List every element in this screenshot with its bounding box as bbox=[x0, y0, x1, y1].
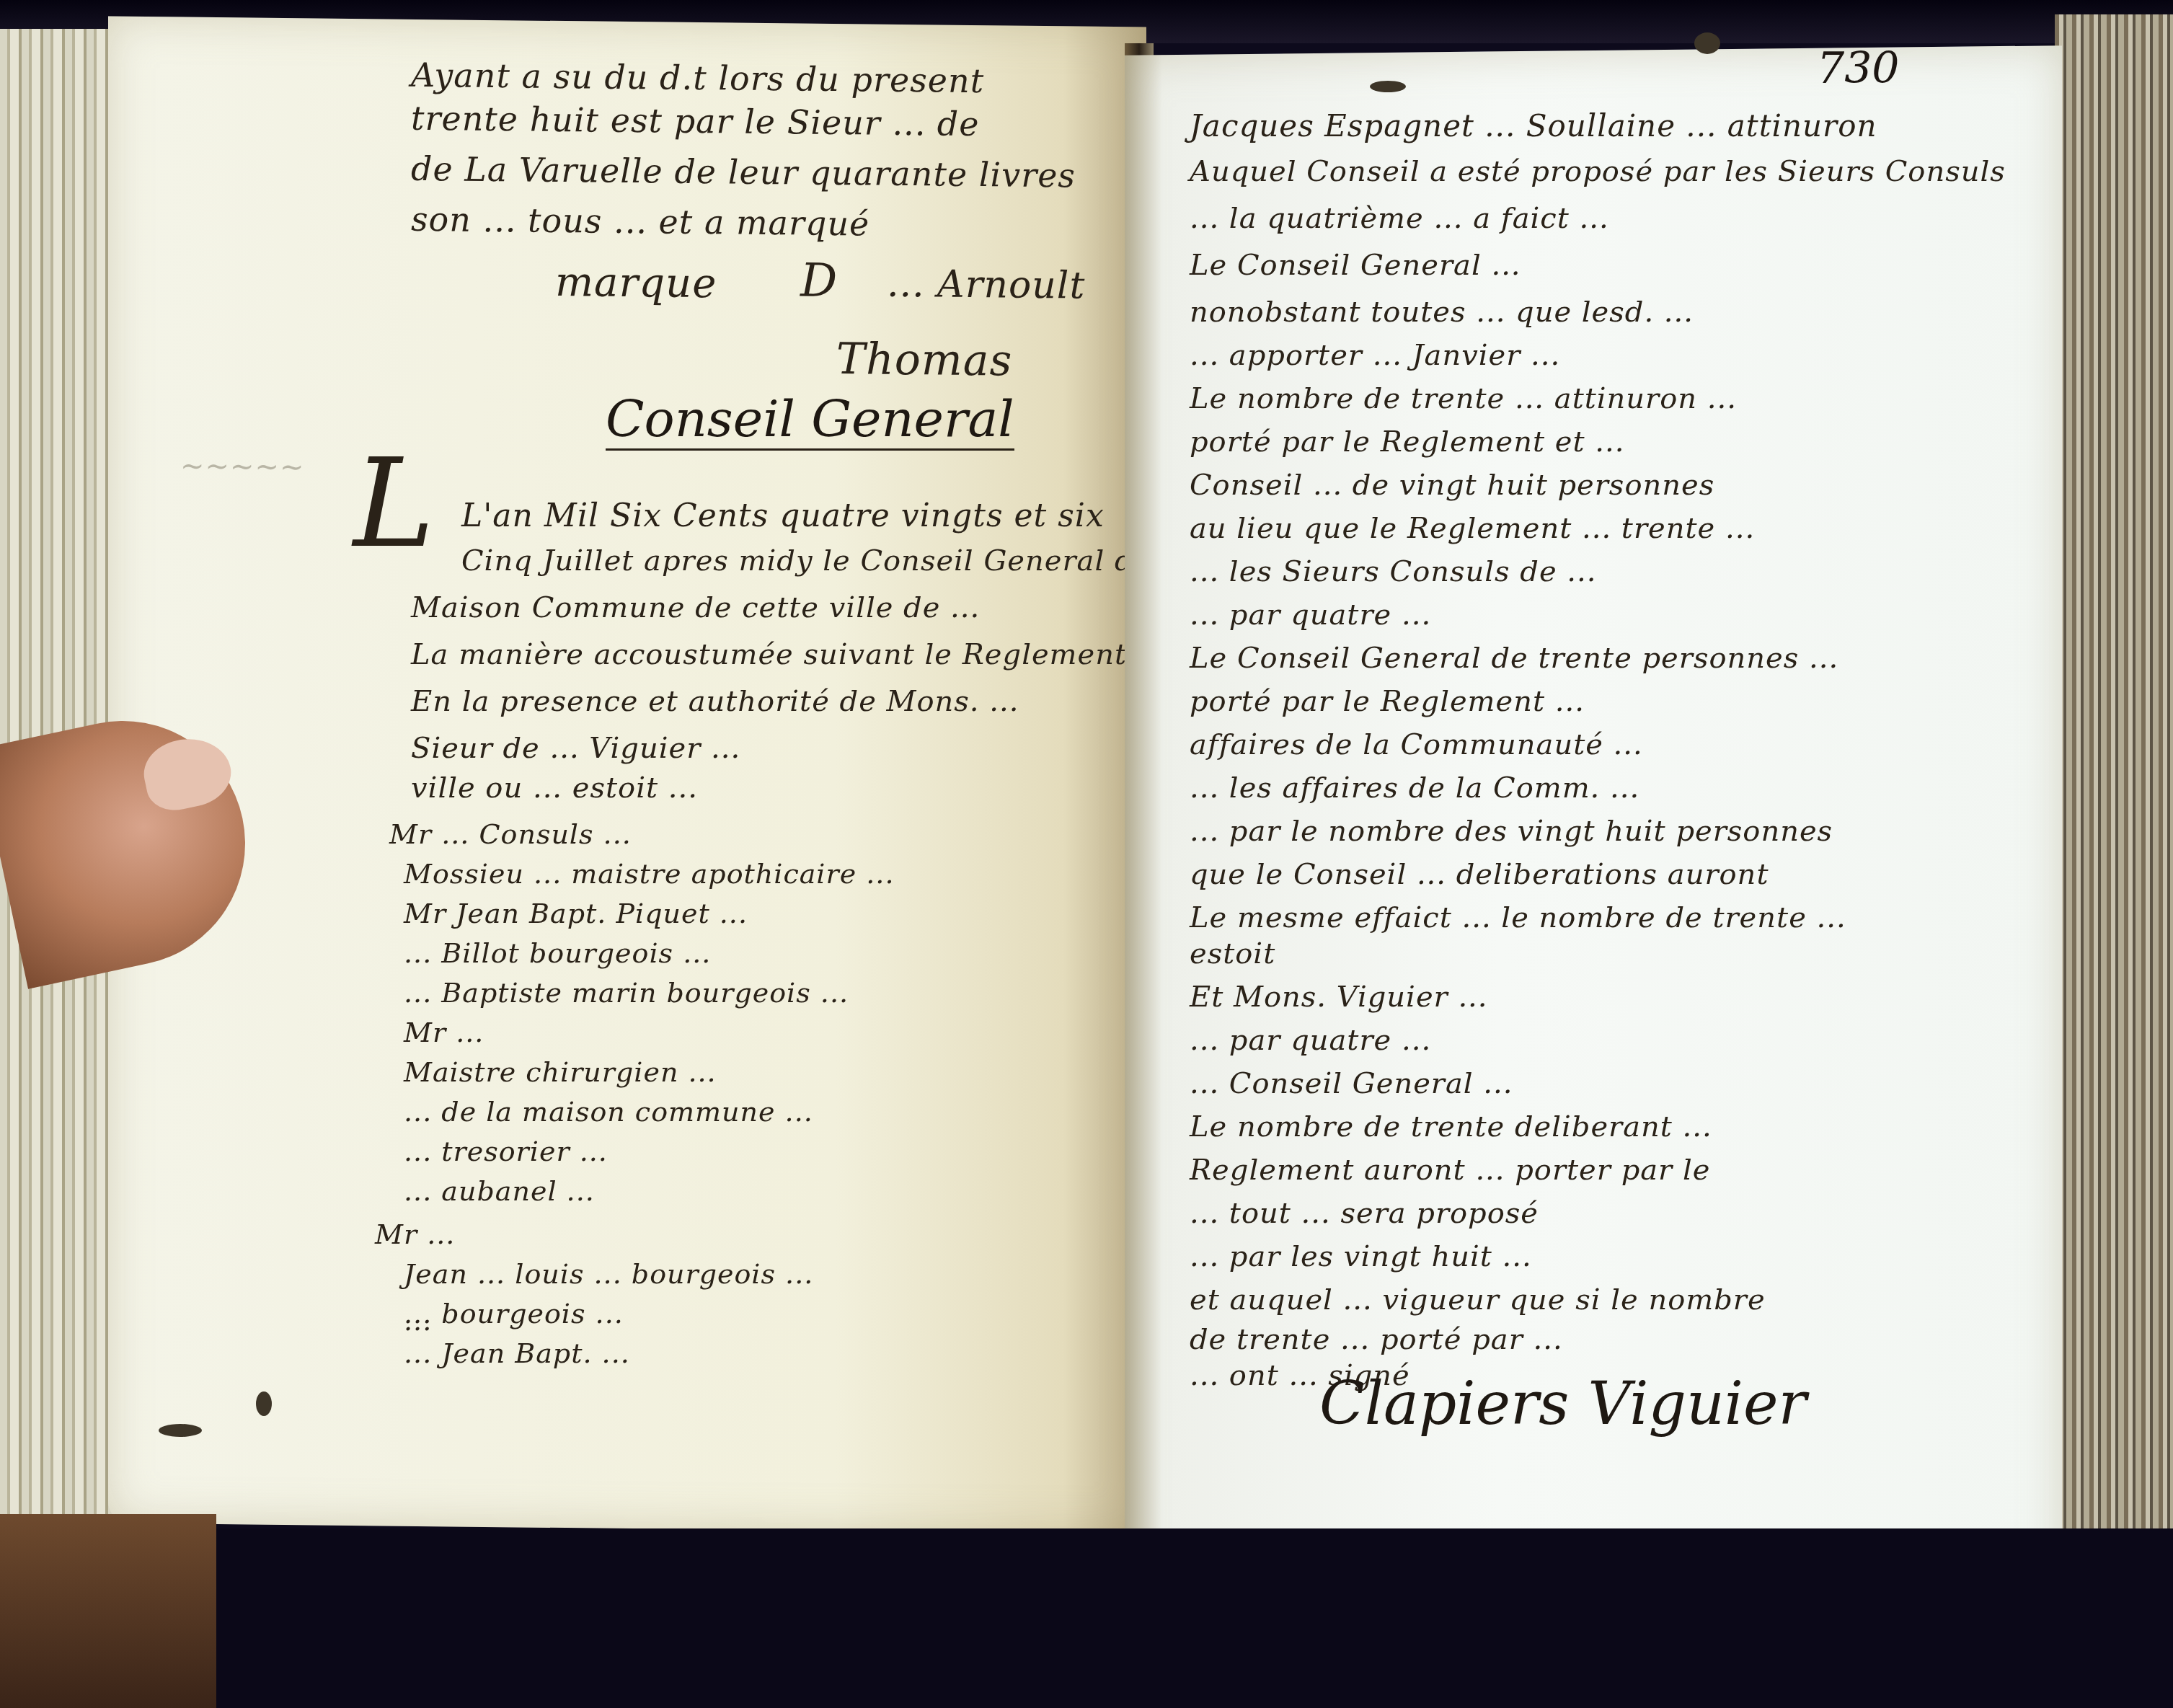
left-body-line: Cinq Juillet apres midy le Conseil Gener… bbox=[461, 544, 1151, 578]
left-top-line-2: trente huit est par le Sieur ... de bbox=[411, 99, 980, 143]
right-body-line: ... la quatrième ... a faict ... bbox=[1190, 202, 1609, 235]
right-body-line: ... les affaires de la Comm. ... bbox=[1190, 771, 1639, 805]
left-top-line-1: Ayant a su du d.t lors du present bbox=[411, 56, 984, 100]
right-body-line: Le mesme effaict ... le nombre de trente… bbox=[1190, 901, 1846, 934]
left-body-line: ... tresorier ... bbox=[404, 1136, 608, 1167]
section-heading: Conseil General bbox=[606, 389, 1014, 451]
signature-thomas: Thomas bbox=[836, 334, 1012, 386]
left-body-line: ... bbox=[404, 1305, 432, 1337]
right-body-line: Le Conseil General de trente personnes .… bbox=[1190, 642, 1838, 675]
right-body-line: ... les Sieurs Consuls de ... bbox=[1190, 555, 1596, 588]
bleed-through-text: ~~~~~ bbox=[180, 450, 305, 484]
left-body-line: ... de la maison commune ... bbox=[404, 1096, 813, 1128]
left-body-line: Mr Jean Bapt. Piquet ... bbox=[404, 898, 748, 929]
left-body-line: Mr ... Consuls ... bbox=[389, 818, 632, 850]
paper-damage-hole bbox=[256, 1391, 272, 1416]
right-body-line: Le Conseil General ... bbox=[1190, 249, 1521, 282]
right-body-line: Le nombre de trente ... attinuron ... bbox=[1190, 382, 1737, 415]
signature-mark-d: D bbox=[800, 255, 838, 309]
right-body-line: ... par quatre ... bbox=[1190, 1024, 1431, 1057]
right-body-line: ... tout ... sera proposé bbox=[1190, 1197, 1539, 1230]
left-body-line: ... Billot bourgeois ... bbox=[404, 937, 711, 969]
left-body-line: ... Baptiste marin bourgeois ... bbox=[404, 977, 849, 1009]
dark-cloth-background bbox=[216, 1528, 2173, 1708]
signature-marque: marque bbox=[555, 259, 717, 307]
paper-damage-hole bbox=[1370, 81, 1406, 92]
right-body-line: Jacques Espagnet ... Soullaine ... attin… bbox=[1190, 108, 1877, 143]
left-top-line-3: de La Varuelle de leur quarante livres bbox=[411, 149, 1076, 195]
left-body-line: Mossieu ... maistre apothicaire ... bbox=[404, 858, 894, 890]
left-body-line: Maison Commune de cette ville de ... bbox=[411, 591, 980, 624]
right-body-line: ... Conseil General ... bbox=[1190, 1067, 1513, 1100]
right-body-line: estoit bbox=[1190, 937, 1275, 970]
paper-damage-hole bbox=[1694, 32, 1720, 54]
right-body-line: que le Conseil ... deliberations auront bbox=[1190, 858, 1769, 891]
decorative-initial-l: L bbox=[353, 433, 435, 575]
holding-hand bbox=[0, 1514, 216, 1708]
left-body-line: L'an Mil Six Cents quatre vingts et six bbox=[461, 497, 1105, 534]
left-top-line-4: son ... tous ... et a marqué bbox=[411, 200, 869, 244]
left-body-line: La manière accoustumée suivant le Reglem… bbox=[411, 638, 1127, 671]
right-body-line: porté par le Reglement et ... bbox=[1190, 425, 1624, 459]
left-body-line: Mr ... bbox=[375, 1218, 455, 1250]
right-body-line: porté par le Reglement ... bbox=[1190, 685, 1585, 718]
left-body-line: ... aubanel ... bbox=[404, 1175, 595, 1207]
left-body-line: En la presence et authorité de Mons. ... bbox=[411, 685, 1019, 718]
right-body-line: Et Mons. Viguier ... bbox=[1190, 981, 1488, 1014]
right-body-line: affaires de la Communauté ... bbox=[1190, 728, 1643, 761]
signature-clapiers-viguier: Clapiers Viguier bbox=[1319, 1370, 1807, 1438]
right-body-line: nonobstant toutes ... que lesd. ... bbox=[1190, 296, 1694, 329]
left-body-line: Mr ... bbox=[404, 1017, 484, 1048]
right-body-line: Conseil ... de vingt huit personnes bbox=[1190, 469, 1714, 502]
left-body-line: Jean ... louis ... bourgeois ... bbox=[404, 1258, 813, 1290]
right-body-line: ... apporter ... Janvier ... bbox=[1190, 339, 1560, 372]
left-body-line: ... Jean Bapt. ... bbox=[404, 1337, 630, 1369]
signature-arnoult: ... Arnoult bbox=[887, 262, 1085, 308]
right-body-line: ... par le nombre des vingt huit personn… bbox=[1190, 815, 1833, 848]
book-page-edges-right bbox=[2055, 14, 2173, 1637]
right-body-line: de trente ... porté par ... bbox=[1190, 1323, 1563, 1356]
right-body-line: ... par les vingt huit ... bbox=[1190, 1240, 1532, 1273]
right-body-line: Reglement auront ... porter par le bbox=[1190, 1154, 1710, 1187]
right-body-line: Le nombre de trente deliberant ... bbox=[1190, 1110, 1712, 1143]
right-body-line: et auquel ... vigueur que si le nombre bbox=[1190, 1283, 1766, 1317]
left-body-line: Sieur de ... Viguier ... bbox=[411, 732, 740, 765]
paper-damage-hole bbox=[159, 1424, 202, 1437]
right-body-line: Auquel Conseil a esté proposé par les Si… bbox=[1190, 155, 2006, 188]
right-body-line: ... par quatre ... bbox=[1190, 598, 1431, 632]
left-body-line: ... bourgeois ... bbox=[404, 1298, 624, 1329]
left-body-line: Maistre chirurgien ... bbox=[404, 1056, 717, 1088]
left-body-line: ville ou ... estoit ... bbox=[411, 771, 698, 805]
folio-number: 730 bbox=[1817, 43, 1900, 94]
right-body-line: au lieu que le Reglement ... trente ... bbox=[1190, 512, 1755, 545]
